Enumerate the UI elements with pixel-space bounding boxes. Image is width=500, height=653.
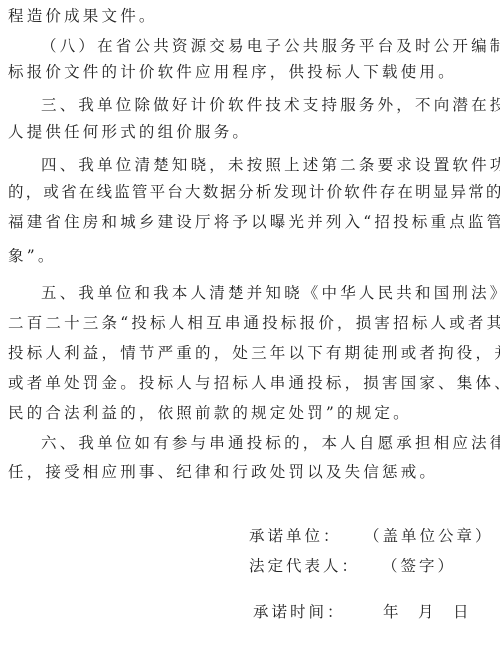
paragraph-3: 三、我单位除做好计价软件技术支持服务外，不向潜在投标 xyxy=(41,95,500,115)
signature-field: （签字） xyxy=(382,556,456,576)
text-line: 象”。 xyxy=(8,246,57,266)
text-line: 民的合法利益的，依照前款的规定处罚”的规定。 xyxy=(8,403,412,423)
paragraph-6: 六、我单位如有参与串通投标的，本人自愿承担相应法律责 xyxy=(41,433,500,453)
date-label: 承诺时间： xyxy=(253,602,346,622)
text-line: 二百二十三条“投标人相互串通投标报价，损害招标人或者其他 xyxy=(8,313,500,333)
text-line: 或者单处罚金。投标人与招标人串通投标，损害国家、集体、公 xyxy=(8,373,500,393)
text-line: 福建省住房和城乡建设厅将予以曝光并列入“招投标重点监管对 xyxy=(8,212,500,232)
paragraph-5: 五、我单位和我本人清楚并知晓《中华人民共和国刑法》第 xyxy=(41,283,500,303)
year-label: 年 xyxy=(383,602,402,622)
text-line: 人提供任何形式的组价服务。 xyxy=(8,122,251,142)
text-line: 的，或省在线监管平台大数据分析发现计价软件存在明显异常的， xyxy=(8,182,500,202)
paragraph-4: 四、我单位清楚知晓，未按照上述第二条要求设置软件功能 xyxy=(41,155,500,175)
paragraph-8: （八）在省公共资源交易电子公共服务平台及时公开编制投 xyxy=(41,36,500,56)
text-line: 标报价文件的计价软件应用程序，供投标人下载使用。 xyxy=(8,62,457,82)
unit-label: 承诺单位： xyxy=(249,526,342,546)
day-label: 日 xyxy=(453,602,472,622)
month-label: 月 xyxy=(418,602,437,622)
unit-seal: （盖单位公章） xyxy=(364,526,494,546)
text-line: 投标人利益，情节严重的，处三年以下有期徒刑或者拘役，并处 xyxy=(8,343,500,363)
text-line: 任，接受相应刑事、纪律和行政处罚以及失信惩戒。 xyxy=(8,462,438,482)
legal-rep-label: 法定代表人： xyxy=(249,556,360,576)
text-line: 程造价成果文件。 xyxy=(8,6,158,26)
